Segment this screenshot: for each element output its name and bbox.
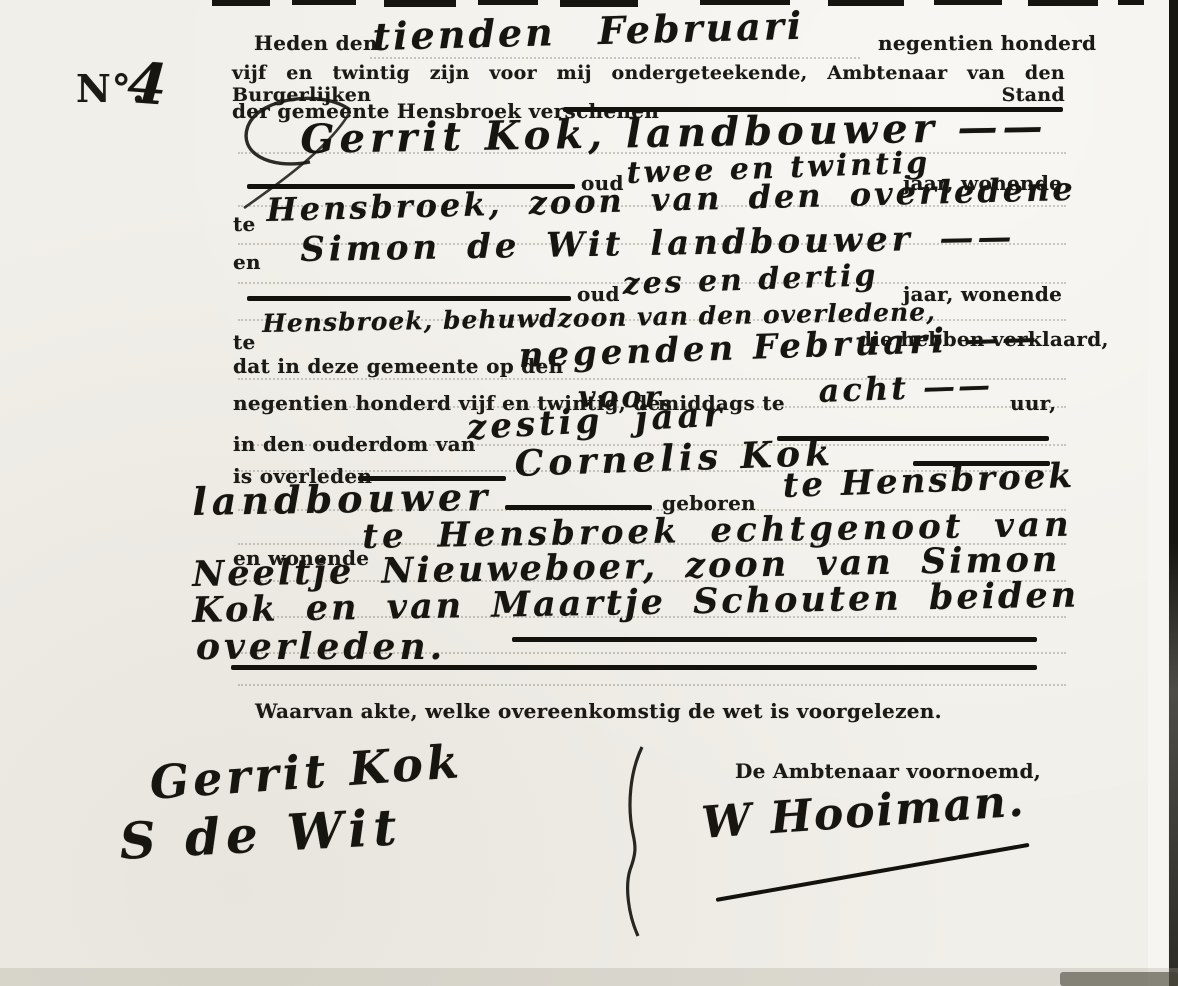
cropped-header-remnant bbox=[560, 0, 638, 7]
act-number-value: 4 bbox=[125, 50, 168, 119]
cropped-header-remnant bbox=[212, 0, 270, 6]
handwritten-overleden: overleden. bbox=[196, 626, 446, 668]
dotted-guide-line bbox=[370, 57, 860, 59]
official-signature: W Hooiman. bbox=[700, 775, 1027, 848]
handwritten-act-date: tienden Februari bbox=[372, 3, 805, 59]
scan-bottom-smudge bbox=[1060, 972, 1178, 986]
filled-rule bbox=[247, 296, 571, 301]
printed-te: te bbox=[233, 212, 256, 236]
printed-uur: uur, bbox=[1010, 391, 1056, 415]
printed-heden-den: Heden den bbox=[254, 31, 378, 55]
cropped-header-remnant bbox=[1118, 0, 1144, 5]
scan-edge-light-band bbox=[1148, 0, 1168, 986]
printed-te: te bbox=[233, 330, 256, 354]
printed-in-den-ouderdom: in den ouderdom van bbox=[233, 432, 476, 456]
printed-negentien-honderd: negentien honderd bbox=[878, 31, 1096, 55]
cropped-header-remnant bbox=[478, 0, 538, 5]
cropped-header-remnant bbox=[1028, 0, 1098, 6]
death-certificate-scan: N°. 4 Heden den tienden Februari negenti… bbox=[0, 0, 1178, 986]
official-signature-underline bbox=[716, 843, 1030, 902]
scan-bottom-band bbox=[0, 968, 1178, 986]
cropped-header-remnant bbox=[292, 0, 356, 5]
printed-closing-clause: Waarvan akte, welke overeenkomstig de we… bbox=[255, 699, 942, 723]
filled-rule bbox=[512, 637, 1037, 642]
cropped-header-remnant bbox=[384, 0, 456, 7]
cropped-header-remnant bbox=[934, 0, 1002, 5]
witness1-signature: Gerrit Kok bbox=[148, 734, 464, 810]
printed-en: en bbox=[233, 250, 261, 274]
cropped-header-remnant bbox=[828, 0, 904, 6]
filled-rule bbox=[231, 665, 1037, 670]
scan-edge-dark-bar bbox=[1169, 0, 1178, 986]
filled-rule bbox=[505, 505, 652, 510]
handwritten-hour: acht —— bbox=[818, 366, 994, 410]
signature-brace bbox=[622, 744, 650, 939]
printed-dat-in-deze: dat in deze gemeente op den bbox=[233, 354, 563, 378]
dotted-guide-line bbox=[238, 684, 1066, 686]
handwritten-declarant2-age: zes en dertig bbox=[622, 258, 879, 302]
handwritten-declarant2: Simon de Wit landbouwer —— bbox=[300, 218, 1016, 270]
